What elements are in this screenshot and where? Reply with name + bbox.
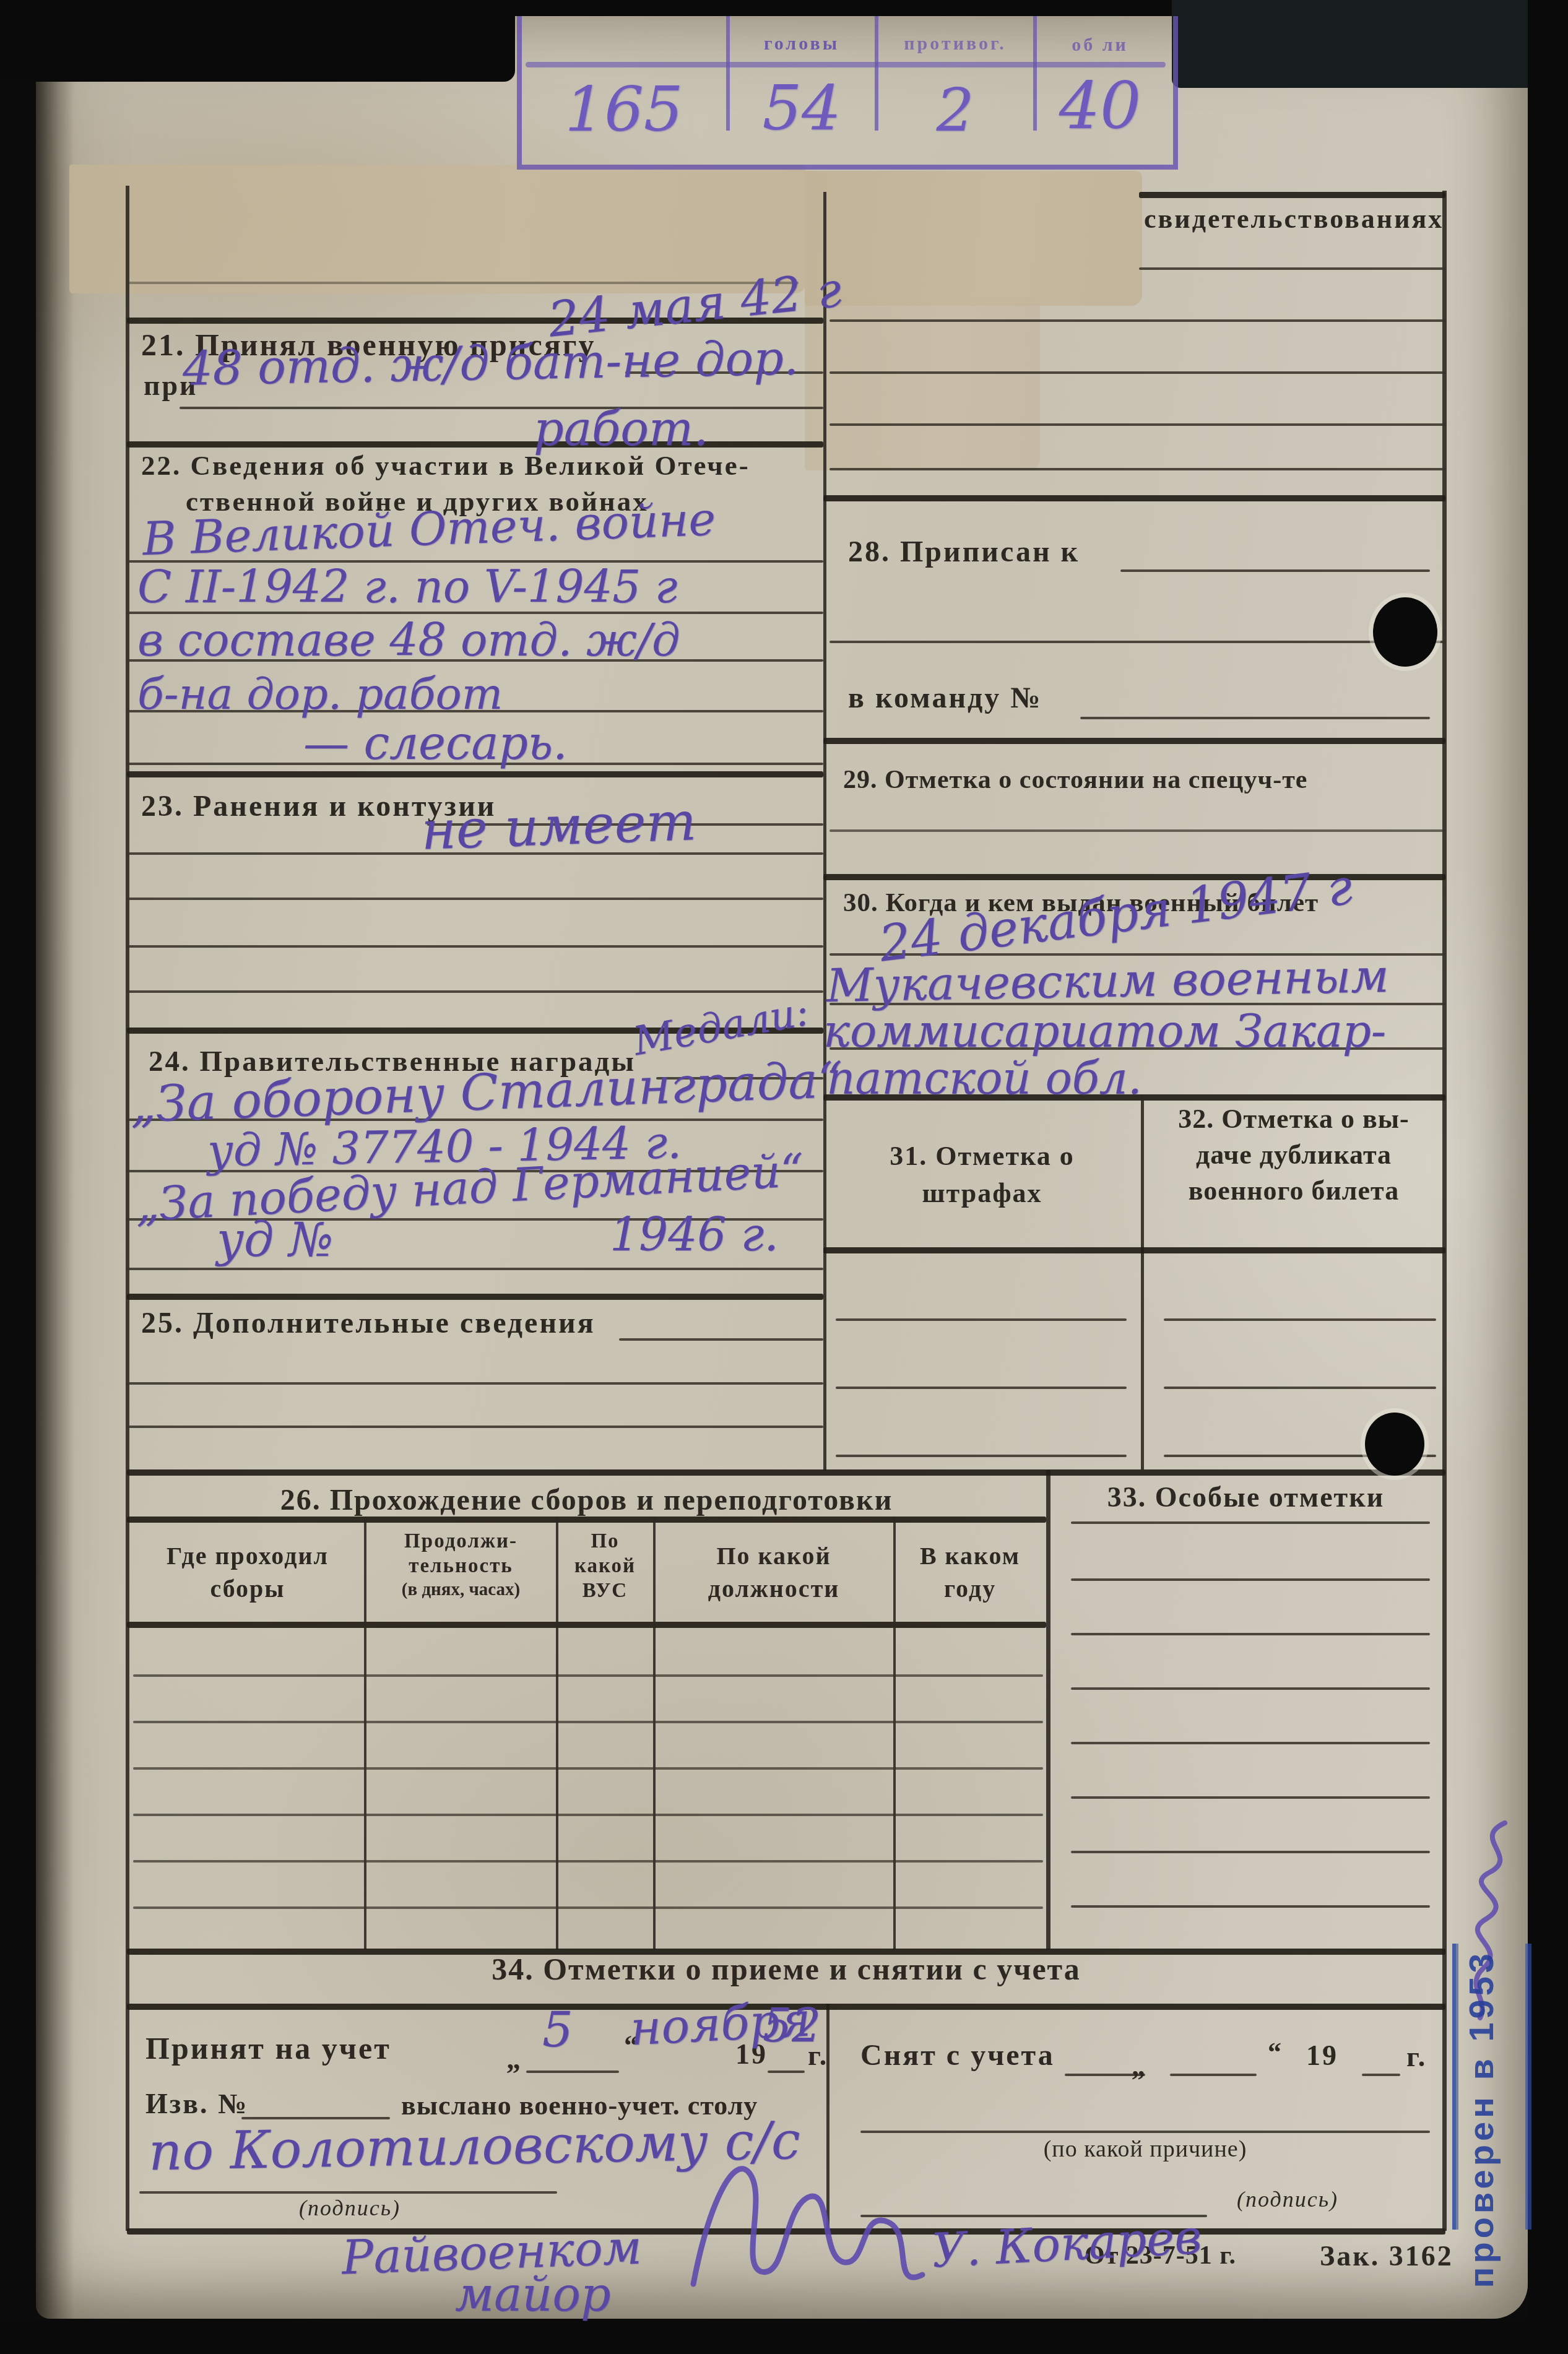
field-25-label: 25. Дополнительные сведения (141, 1306, 596, 1340)
field-31-label2: штрафах (823, 1177, 1141, 1209)
year-19-print-2: 19 (1306, 2039, 1338, 2072)
rule (836, 1455, 1127, 1457)
col-vus-label2: какой (557, 1555, 653, 1578)
removed-label: Снят с учета (860, 2038, 1055, 2072)
column-divider (823, 192, 826, 1471)
table-row-line (133, 1860, 1043, 1863)
hand-oath-unit: 48 отд. ж/д бат-не дор. (182, 330, 799, 396)
rule (1071, 1687, 1430, 1690)
rule (829, 829, 1445, 832)
rule (836, 1387, 1127, 1389)
rule-thick (1139, 192, 1445, 198)
rule (829, 641, 1445, 643)
rule (180, 407, 823, 409)
rule (1071, 1578, 1430, 1581)
hand-medal-year2: 1946 г. (610, 1208, 779, 1261)
rule (1164, 1387, 1436, 1389)
table-row-line (133, 1721, 1043, 1723)
background-top-left (0, 0, 515, 82)
table-26-title: 26. Прохождение сборов и переподготовки (127, 1483, 1046, 1517)
col-where-label: Где проходил (133, 1541, 362, 1570)
col-where-label2: сборы (133, 1574, 362, 1603)
col-duration-label3: (в днях, часах) (366, 1580, 555, 1600)
rule (768, 2071, 805, 2073)
rule (1071, 1851, 1430, 1853)
reason-caption: (по какой причине) (860, 2135, 1430, 2163)
year-g-print-2: г. (1406, 2040, 1427, 2073)
accepted-label: Принят на учет (145, 2030, 391, 2066)
verification-stamp-text: проверен в 1953 (1461, 1950, 1501, 2288)
signature-caption-right: (подпись) (1185, 2186, 1390, 2212)
rule (1071, 1742, 1430, 1744)
table-row-line (133, 1814, 1043, 1816)
hand-oath-unit2: работ. (534, 401, 708, 456)
hand-war-line2: С II-1942 г. по V-1945 г (137, 561, 677, 613)
rule (127, 945, 823, 948)
field-34-title: 34. Отметки о приеме и снятии с учета (127, 1951, 1445, 1987)
rule (127, 1426, 823, 1428)
punch-hole-top (1373, 597, 1437, 667)
rule-thick (823, 738, 1445, 744)
table-row-line (133, 1674, 1043, 1677)
field-29-label: 29. Отметка о состоянии на спецуч-те (843, 765, 1307, 795)
document-scan: свидетельствованиях 21. Принял военную п… (0, 0, 1568, 2354)
hand-ticket-issuer1: Мукачевским военным (826, 950, 1389, 1013)
punch-hole-bottom (1365, 1413, 1424, 1476)
stamp-value-1: 165 (522, 73, 726, 145)
paper-patch-right (805, 171, 1142, 306)
col-year-label2: году (896, 1574, 1044, 1603)
rule (1080, 717, 1430, 719)
hand-accept-day: 5 (542, 2002, 573, 2058)
stamp-header-1: головы (727, 33, 876, 54)
col-year-label: В каком (896, 1541, 1044, 1570)
rule (1071, 1905, 1430, 1908)
rule (1071, 1796, 1430, 1799)
rule (1120, 569, 1430, 572)
rule-thick (127, 1294, 823, 1300)
col-vus-label3: ВУС (557, 1580, 653, 1603)
quote-mark: „ (506, 2043, 522, 2075)
paper-patch-left (69, 165, 806, 293)
section27-header-partial: свидетельствованиях (1144, 203, 1444, 235)
rule (139, 2191, 557, 2194)
col-duration-label: Продолжи- (366, 1530, 555, 1553)
field-28-team-label: в команду № (848, 681, 1042, 715)
rule (1164, 1318, 1436, 1321)
field-32-label: 32. Отметка о вы- (1142, 1103, 1445, 1135)
top-stamp-table: головы противог. об ли 165 54 2 40 (517, 16, 1178, 170)
signature-scribble (675, 2129, 941, 2315)
rule (127, 1268, 823, 1270)
stamp-header-2: противог. (876, 33, 1034, 54)
background-right (1528, 0, 1568, 2354)
field-33-label: 33. Особые отметки (1046, 1481, 1445, 1513)
rule (1071, 1633, 1430, 1635)
signature-caption-left: (подпись) (139, 2195, 560, 2221)
hand-war-line3: в составе 48 отд. ж/д (137, 614, 680, 666)
hand-commissar-rank: майор (455, 2267, 611, 2322)
col-duration-label2: тельность (366, 1555, 555, 1578)
stamp-value-2: 54 (727, 72, 876, 144)
rule (829, 423, 1445, 426)
rule (127, 898, 823, 900)
rule-thick (823, 874, 1445, 880)
field-31-label: 31. Отметка о (823, 1140, 1141, 1172)
hand-war-line5: — слесарь. (303, 717, 568, 770)
table-border (127, 1622, 1046, 1628)
hand-ticket-issuer2: коммисариатом Закар- (823, 1005, 1386, 1057)
table-row-line (133, 1767, 1043, 1770)
ditto-mark-2: “ (1268, 2036, 1283, 2068)
rule (836, 1318, 1127, 1321)
paper-stain (805, 297, 1040, 470)
rule (1071, 1521, 1430, 1524)
stamp-header-3: об ли (1034, 35, 1166, 56)
stamp-value-3: 2 (876, 76, 1034, 145)
quote-mark-2: „ (1132, 2051, 1147, 2082)
background-top-right (1172, 0, 1568, 88)
rule (829, 468, 1445, 470)
rule (1362, 2074, 1400, 2076)
rule-thick (823, 1247, 1445, 1253)
verification-stamp-1953: проверен в 1953 (1452, 1944, 1531, 2230)
field-32-label3: военного билета (1142, 1175, 1445, 1206)
col-position-label: По какой (654, 1541, 893, 1570)
hand-war-line4: б-на дор. работ (137, 669, 503, 719)
rule (127, 990, 823, 993)
stamp-header-rule (526, 62, 1166, 67)
col-position-label2: должности (654, 1574, 893, 1603)
background-bottom (0, 2320, 1568, 2354)
field-28-label: 28. Приписан к (848, 535, 1080, 569)
rule (619, 1338, 823, 1341)
col-vus-label: По (557, 1530, 653, 1553)
rule (1139, 267, 1445, 270)
form-border-left (126, 186, 129, 2231)
paper-left-shadow (36, 15, 74, 2319)
hand-ticket-issuer3: патской обл. (826, 1052, 1142, 1104)
rule-thick (127, 771, 823, 777)
rule (829, 319, 1445, 322)
table-border (127, 1517, 1046, 1523)
rule-thick (823, 495, 1445, 501)
izv-label: Изв. № (145, 2087, 248, 2120)
hand-wounds-none: не имеет (420, 790, 697, 862)
hand-medal-cert2: уд № (217, 1212, 333, 1267)
rule (860, 2131, 1430, 2133)
table-row-line (133, 1906, 1043, 1909)
stamp-value-4: 40 (1034, 68, 1166, 144)
hand-accept-year: 52 (763, 1999, 821, 2053)
rule (829, 371, 1445, 374)
rule-thick (127, 441, 823, 448)
rule (526, 2071, 619, 2073)
rule (1170, 2074, 1257, 2076)
rule-thick (127, 1469, 1445, 1476)
field-32-label2: даче дубликата (1142, 1139, 1445, 1171)
section33-divider (1046, 1470, 1050, 1950)
print-order-number: Зак. 3162 (1320, 2239, 1453, 2272)
rule (127, 1382, 823, 1385)
